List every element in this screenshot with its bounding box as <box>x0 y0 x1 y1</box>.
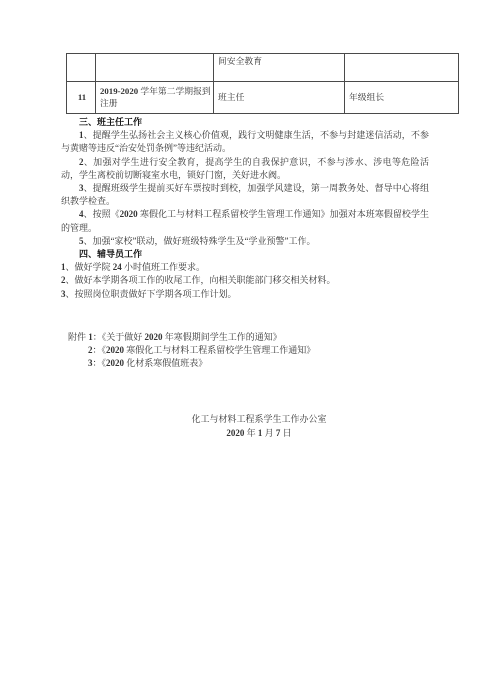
table-cell-task <box>96 54 214 82</box>
signature-date: 2020 年 1 月 7 日 <box>89 427 429 440</box>
table-cell-supervisor <box>345 54 459 82</box>
document-text: 三、班主任工作 1、提醒学生弘扬社会主义核心价值观，践行文明健康生活，不参与封建… <box>61 116 429 440</box>
attachment-line: 3：《2020 化材系寒假值班表》 <box>88 357 429 370</box>
section-four-item: 2、做好本学期各项工作的收尾工作，向相关职能部门移交相关材料。 <box>61 274 429 287</box>
section-four-item: 3、按照岗位职责做好下学期各项工作计划。 <box>61 288 429 301</box>
table-cell-responsible: 班主任 <box>214 82 345 114</box>
signature-block: 化工与材料工程系学生工作办公室 2020 年 1 月 7 日 <box>61 413 429 439</box>
table-row: 11 2019-2020 学年第二学期报到注册 班主任 年级组长 <box>67 82 459 114</box>
document-body: 间安全教育 11 2019-2020 学年第二学期报到注册 班主任 年级组长 三… <box>61 0 429 440</box>
table-cell-number <box>67 54 96 82</box>
attachment-line: 2：《2020 寒假化工与材料工程系留校学生管理工作通知》 <box>88 344 429 357</box>
table-row-continued: 间安全教育 <box>67 54 459 82</box>
table-cell-responsible: 间安全教育 <box>214 54 345 82</box>
section-three-item: 3、提醒班级学生提前买好车票按时到校，加强学风建设，第一周教务处、督导中心将组织… <box>61 182 429 208</box>
section-three-item: 1、提醒学生弘扬社会主义核心价值观，践行文明健康生活，不参与封建迷信活动，不参与… <box>61 129 429 155</box>
section-three-item: 4、按照《2020 寒假化工与材料工程系留校学生管理工作通知》加强对本班寒假留校… <box>61 208 429 234</box>
table-cell-supervisor: 年级组长 <box>345 82 459 114</box>
section-three-item: 5、加强“家校”联动，做好班级特殊学生及“学业预警”工作。 <box>61 235 429 248</box>
table-cell-number: 11 <box>67 82 96 114</box>
attachment-line: 附件 1：《关于做好 2020 年寒假期间学生工作的通知》 <box>68 331 429 344</box>
section-three-heading: 三、班主任工作 <box>61 116 429 129</box>
signature-org: 化工与材料工程系学生工作办公室 <box>89 413 429 426</box>
section-three-item: 2、加强对学生进行安全教育，提高学生的自我保护意识，不参与涉水、涉电等危险活动，… <box>61 156 429 182</box>
section-four-heading: 四、辅导员工作 <box>61 248 429 261</box>
section-four-item: 1、做好学院 24 小时值班工作要求。 <box>61 261 429 274</box>
schedule-table: 间安全教育 11 2019-2020 学年第二学期报到注册 班主任 年级组长 <box>66 53 459 114</box>
table-cell-task: 2019-2020 学年第二学期报到注册 <box>96 82 214 114</box>
document-page: 间安全教育 11 2019-2020 学年第二学期报到注册 班主任 年级组长 三… <box>0 0 488 688</box>
attachments-list: 附件 1：《关于做好 2020 年寒假期间学生工作的通知》 2：《2020 寒假… <box>61 331 429 371</box>
